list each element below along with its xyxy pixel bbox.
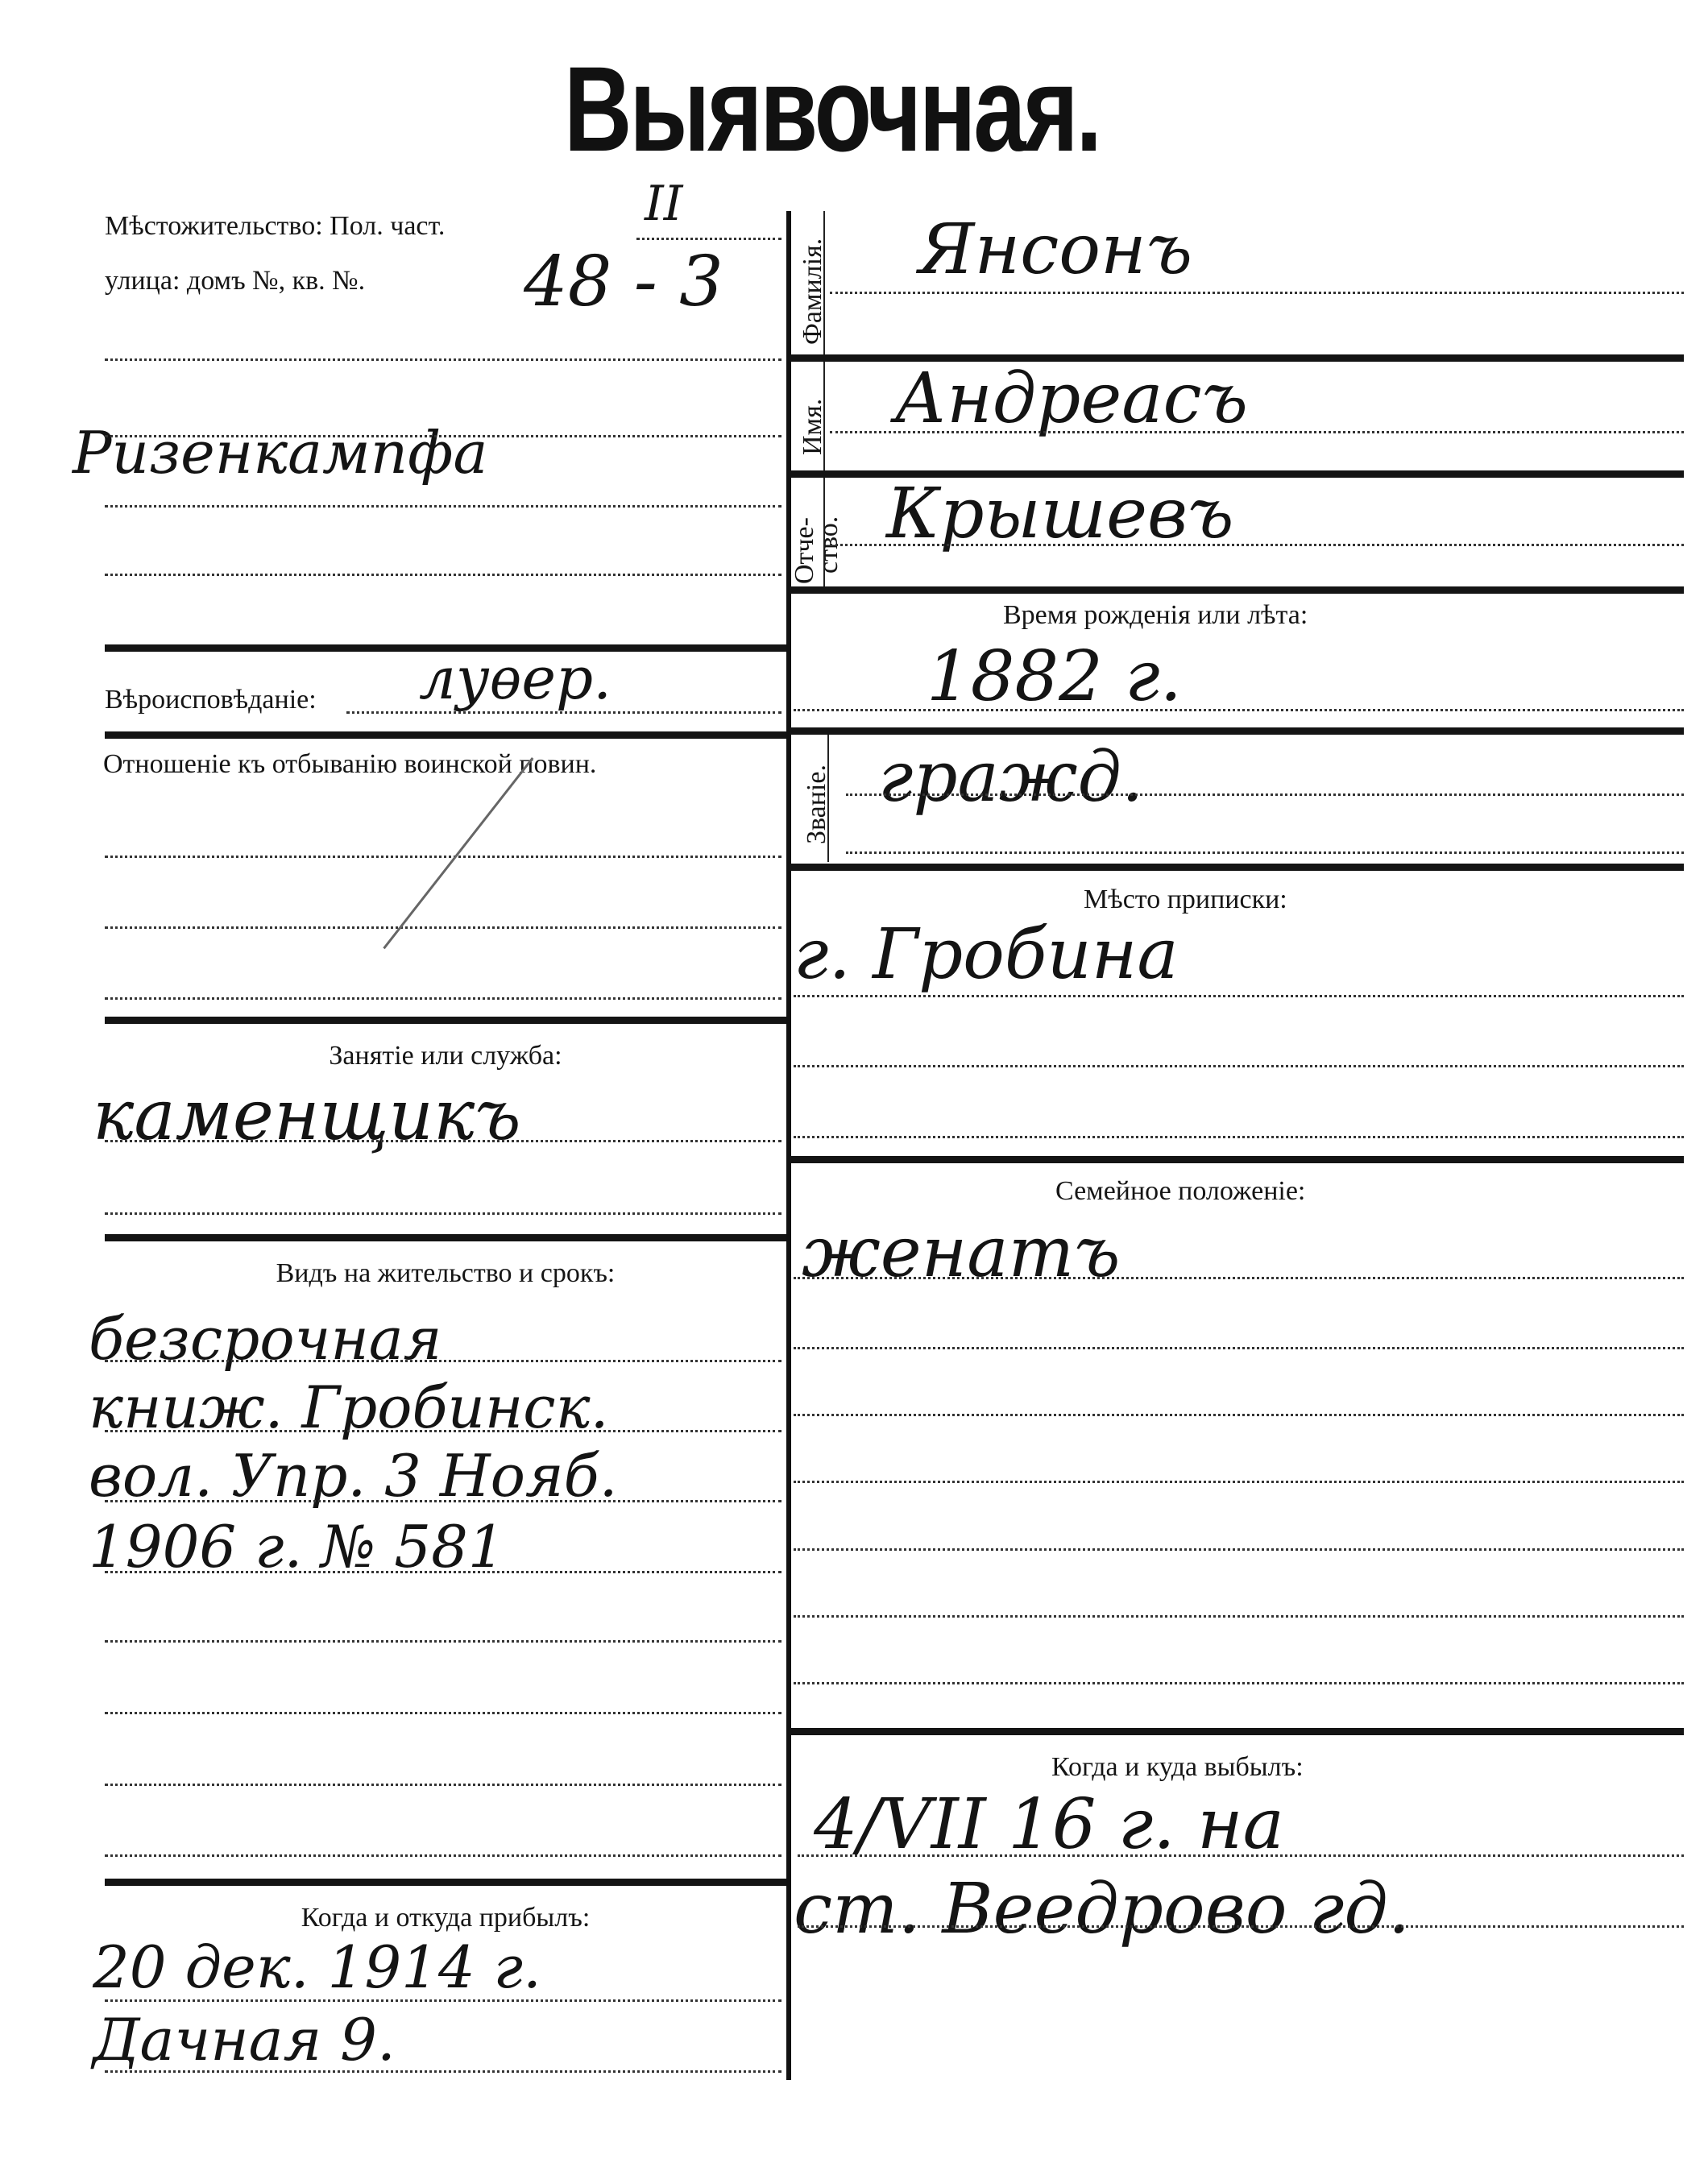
- residence-permit-value-line: безсрочная: [89, 1305, 442, 1373]
- occupation-value: каменщикъ: [93, 1075, 521, 1156]
- arrival-label: Когда и откуда прибылъ:: [105, 1903, 786, 1933]
- marital-status-label: Семейное положеніе:: [1055, 1176, 1305, 1207]
- dotted-line: [794, 1136, 1684, 1138]
- dotted-line: [105, 856, 781, 858]
- military-service-label: Отношеніе къ отбыванію воинской повин.: [103, 749, 596, 780]
- dotted-line: [794, 1347, 1684, 1349]
- dotted-line: [105, 1140, 781, 1142]
- pen-stroke: [383, 757, 533, 949]
- dotted-line: [105, 1212, 781, 1215]
- section-divider: [105, 731, 786, 739]
- surname-value: Янсонъ: [918, 209, 1192, 290]
- arrival-value-line: Дачная 9.: [93, 2006, 396, 2074]
- dotted-line: [105, 1500, 781, 1502]
- dotted-line: [830, 544, 1684, 546]
- section-divider: [790, 1156, 1684, 1163]
- section-divider: [790, 864, 1684, 871]
- dotted-line: [794, 1481, 1684, 1483]
- dotted-line: [105, 1430, 781, 1432]
- dotted-line: [794, 1548, 1684, 1551]
- house-apartment-value: 48 - 3: [524, 242, 723, 322]
- dotted-line: [105, 1854, 781, 1857]
- first-name-label: Имя.: [798, 399, 828, 455]
- street-house-label: улица: домъ №, кв. №.: [105, 266, 365, 296]
- dotted-line: [105, 1999, 781, 2002]
- dotted-line: [794, 709, 1684, 711]
- dotted-line: [846, 851, 1684, 854]
- section-divider: [790, 727, 1684, 735]
- rank-value: гражд.: [878, 737, 1143, 818]
- dotted-line: [105, 926, 781, 929]
- dotted-line: [105, 1571, 781, 1573]
- dotted-line: [105, 1784, 781, 1786]
- departure-value-line: 4/VII 16 г. на: [814, 1784, 1284, 1865]
- dotted-line: [798, 1854, 1684, 1857]
- document-title: Выявочная.: [564, 48, 1067, 169]
- section-divider: [105, 1879, 786, 1886]
- dotted-line: [105, 1640, 781, 1643]
- arrival-value-line: 20 дек. 1914 г.: [93, 1933, 541, 2001]
- residence-permit-label: Видъ на жительство и срокъ:: [105, 1258, 786, 1289]
- police-district-value: II: [645, 176, 682, 232]
- residence-label: Мѣстожительство: Пол. част.: [105, 211, 445, 242]
- section-divider: [790, 586, 1684, 594]
- dotted-line: [798, 1925, 1684, 1928]
- dotted-line: [105, 2070, 781, 2073]
- religion-value: луѳер.: [419, 644, 611, 712]
- section-divider: [790, 1728, 1684, 1735]
- religion-label: Вѣроисповѣданіе:: [105, 685, 317, 715]
- section-divider: [105, 1017, 786, 1024]
- dotted-line: [105, 435, 781, 437]
- registration-card: Выявочная. Мѣстожительство: Пол. част. у…: [0, 0, 1708, 2167]
- dotted-line: [794, 1065, 1684, 1067]
- departure-value-line: ст. Веедрово гд.: [794, 1869, 1410, 1949]
- patronymic-value: Крышевъ: [886, 474, 1233, 554]
- dotted-line: [105, 574, 781, 576]
- occupation-label: Занятіе или служба:: [105, 1041, 786, 1071]
- dotted-line: [105, 505, 781, 508]
- first-name-value: Андреасъ: [894, 358, 1248, 439]
- dotted-line: [830, 292, 1684, 294]
- dotted-line: [105, 1360, 781, 1362]
- rank-label: Званіе.: [802, 764, 832, 844]
- police-district-line: [636, 238, 781, 240]
- dotted-line: [105, 1712, 781, 1714]
- dotted-line: [794, 1414, 1684, 1416]
- dotted-line: [794, 995, 1684, 997]
- birth-label: Время рожденія или лѣта:: [1003, 600, 1308, 631]
- column-divider: [786, 211, 791, 2080]
- dotted-line: [105, 997, 781, 1000]
- dotted-line: [846, 793, 1684, 796]
- street-value: Ризенкампфа: [73, 419, 487, 487]
- dotted-line: [830, 431, 1684, 433]
- surname-label: Фамилія.: [798, 238, 828, 345]
- birth-value: 1882 г.: [927, 636, 1182, 717]
- departure-label: Когда и куда выбылъ:: [1051, 1752, 1304, 1783]
- dotted-line: [794, 1682, 1684, 1684]
- dotted-line: [794, 1277, 1684, 1279]
- registration-place-label: Мѣсто приписки:: [1084, 885, 1287, 915]
- dotted-line: [794, 1615, 1684, 1618]
- marital-status-value: женатъ: [802, 1212, 1120, 1293]
- registration-place-value: г. Гробина: [794, 914, 1179, 995]
- dotted-line: [105, 358, 781, 361]
- section-divider: [105, 1234, 786, 1241]
